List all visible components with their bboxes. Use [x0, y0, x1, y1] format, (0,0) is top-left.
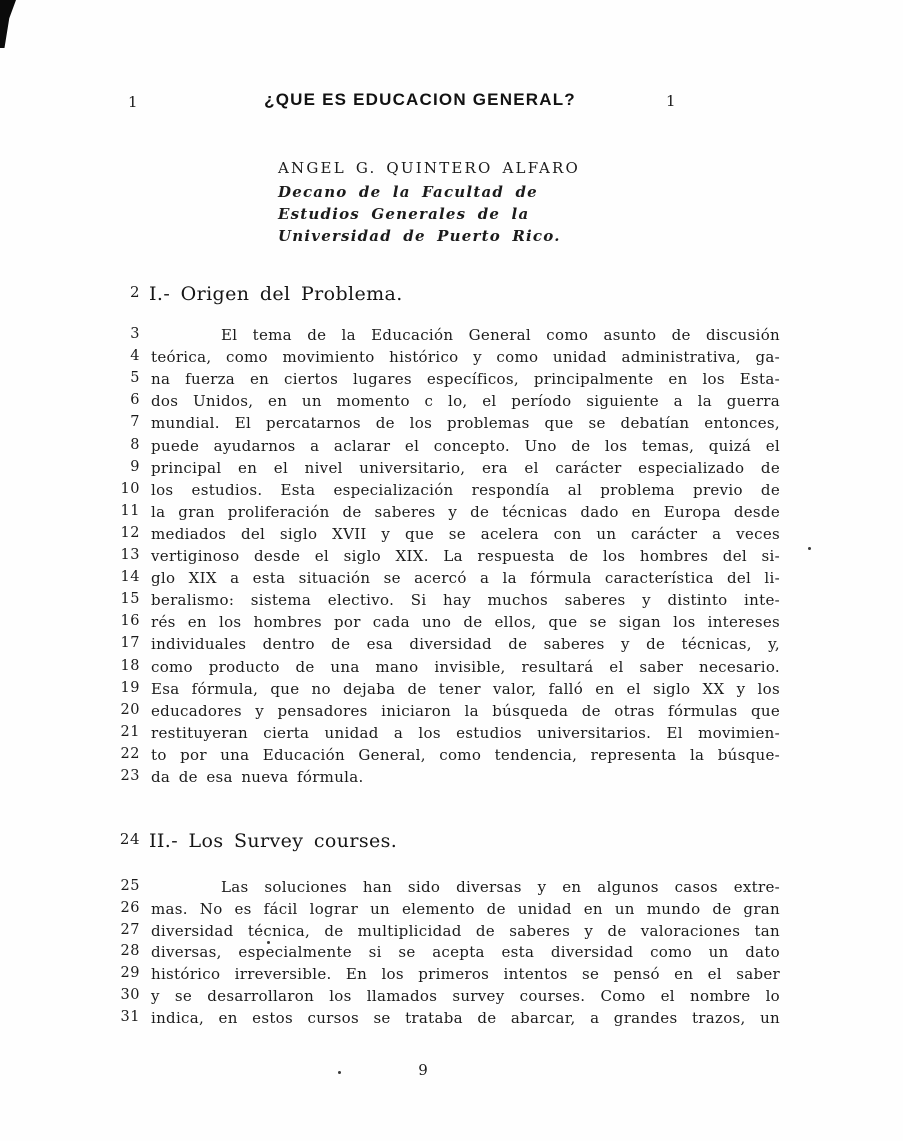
line-number: 15 — [108, 591, 140, 613]
line-number: 6 — [108, 392, 140, 414]
footer-page-number: 9 — [408, 1061, 438, 1079]
text-line: 22to por una Educación General, como ten… — [108, 746, 780, 768]
text-line: 20educadores y pensadores iniciaron la b… — [108, 702, 780, 724]
line-text: restituyeran cierta unidad a los estudio… — [151, 724, 780, 746]
line-text: Esa fórmula, que no dejaba de tener valo… — [151, 680, 780, 702]
scan-speck — [338, 1071, 341, 1074]
text-line: 19Esa fórmula, que no dejaba de tener va… — [108, 680, 780, 702]
line-number: 24 — [108, 830, 140, 856]
line-text: to por una Educación General, como tende… — [151, 746, 780, 768]
line-number: 4 — [108, 348, 140, 370]
line-number: 26 — [108, 900, 140, 922]
line-number: 21 — [108, 724, 140, 746]
text-line: 4teórica, como movimiento histórico y co… — [108, 348, 780, 370]
line-number: 23 — [108, 768, 140, 790]
line-number: 22 — [108, 746, 140, 768]
line-number: 19 — [108, 680, 140, 702]
text-line: 12mediados del siglo XVII y que se acele… — [108, 525, 780, 547]
line-number: 29 — [108, 965, 140, 987]
line-text: diversidad técnica, de multiplicidad de … — [151, 922, 780, 944]
section-heading-row-1: 2 I.- Origen del Problema. — [108, 283, 780, 309]
line-number: 9 — [108, 459, 140, 481]
author-role-block: Decano de la Facultad deEstudios General… — [278, 181, 561, 247]
line-text: los estudios. Esta especialización respo… — [151, 481, 780, 503]
line-text: indica, en estos cursos se trataba de ab… — [151, 1009, 780, 1031]
header-right-number: 1 — [666, 92, 676, 110]
line-text: educadores y pensadores iniciaron la bús… — [151, 702, 780, 724]
line-text: rés en los hombres por cada uno de ellos… — [151, 613, 780, 635]
text-line: 11la gran proliferación de saberes y de … — [108, 503, 780, 525]
text-line: 23da de esa nueva fórmula. — [108, 768, 780, 790]
line-text: glo XIX a esta situación se acercó a la … — [151, 569, 780, 591]
line-number: 11 — [108, 503, 140, 525]
author-name: ANGEL G. QUINTERO ALFARO — [278, 159, 580, 177]
author-role-line: Estudios Generales de la — [278, 203, 561, 225]
text-line: 28diversas, especialmente si se acepta e… — [108, 943, 780, 965]
text-line: 27diversidad técnica, de multiplicidad d… — [108, 922, 780, 944]
line-number: 30 — [108, 987, 140, 1009]
line-number: 13 — [108, 547, 140, 569]
line-number: 18 — [108, 658, 140, 680]
line-text: individuales dentro de esa diversidad de… — [151, 635, 780, 657]
scan-corner-artifact — [0, 0, 16, 48]
line-text: na fuerza en ciertos lugares específicos… — [151, 370, 780, 392]
text-line: 7mundial. El percatarnos de los problema… — [108, 414, 780, 436]
line-number: 7 — [108, 414, 140, 436]
text-line: 29histórico irreversible. En los primero… — [108, 965, 780, 987]
text-line: 16rés en los hombres por cada uno de ell… — [108, 613, 780, 635]
text-line: 14glo XIX a esta situación se acercó a l… — [108, 569, 780, 591]
text-line: 17individuales dentro de esa diversidad … — [108, 635, 780, 657]
page-title: ¿QUE ES EDUCACION GENERAL? — [262, 90, 578, 110]
line-number: 27 — [108, 922, 140, 944]
text-line: 18como producto de una mano invisible, r… — [108, 658, 780, 680]
text-line: 15beralismo: sistema electivo. Si hay mu… — [108, 591, 780, 613]
text-line: 30y se desarrollaron los llamados survey… — [108, 987, 780, 1009]
text-line: 10los estudios. Esta especialización res… — [108, 481, 780, 503]
line-text: principal en el nivel universitario, era… — [151, 459, 780, 481]
line-text: y se desarrollaron los llamados survey c… — [151, 987, 780, 1009]
line-text: la gran proliferación de saberes y de té… — [151, 503, 780, 525]
text-line: 3El tema de la Educación General como as… — [108, 326, 780, 348]
line-number: 2 — [108, 283, 140, 309]
text-line: 5na fuerza en ciertos lugares específico… — [108, 370, 780, 392]
text-line: 9principal en el nivel universitario, er… — [108, 459, 780, 481]
line-text: mediados del siglo XVII y que se acelera… — [151, 525, 780, 547]
line-number: 16 — [108, 613, 140, 635]
scanned-document-page: 1 ¿QUE ES EDUCACION GENERAL? 1 ANGEL G. … — [0, 0, 903, 1141]
line-text: beralismo: sistema electivo. Si hay much… — [151, 591, 780, 613]
line-text: El tema de la Educación General como asu… — [151, 326, 780, 348]
section-heading-1: I.- Origen del Problema. — [149, 283, 780, 309]
author-role-line: Universidad de Puerto Rico. — [278, 225, 561, 247]
text-line: 13vertiginoso desde el siglo XIX. La res… — [108, 547, 780, 569]
scan-speck — [808, 547, 811, 550]
text-line: 26mas. No es fácil lograr un elemento de… — [108, 900, 780, 922]
line-text: Las soluciones han sido diversas y en al… — [151, 878, 780, 900]
line-text: dos Unidos, en un momento c lo, el perío… — [151, 392, 780, 414]
text-line: 6dos Unidos, en un momento c lo, el perí… — [108, 392, 780, 414]
line-number: 5 — [108, 370, 140, 392]
line-number: 12 — [108, 525, 140, 547]
line-number: 28 — [108, 943, 140, 965]
line-number: 20 — [108, 702, 140, 724]
line-text: mas. No es fácil lograr un elemento de u… — [151, 900, 780, 922]
line-number: 10 — [108, 481, 140, 503]
text-line: 25Las soluciones han sido diversas y en … — [108, 878, 780, 900]
line-number: 31 — [108, 1009, 140, 1031]
line-number: 17 — [108, 635, 140, 657]
author-role-line: Decano de la Facultad de — [278, 181, 561, 203]
line-text: como producto de una mano invisible, res… — [151, 658, 780, 680]
header-left-number: 1 — [128, 93, 138, 111]
line-text: histórico irreversible. En los primeros … — [151, 965, 780, 987]
section-heading-row-2: 24 II.- Los Survey courses. — [108, 830, 780, 856]
line-text: diversas, especialmente si se acepta est… — [151, 943, 780, 965]
line-text: mundial. El percatarnos de los problemas… — [151, 414, 780, 436]
line-number: 8 — [108, 437, 140, 459]
line-number: 25 — [108, 878, 140, 900]
text-line: 31indica, en estos cursos se trataba de … — [108, 1009, 780, 1031]
line-text: puede ayudarnos a aclarar el concepto. U… — [151, 437, 780, 459]
section-heading-2: II.- Los Survey courses. — [149, 830, 780, 856]
line-number: 3 — [108, 326, 140, 348]
line-text: teórica, como movimiento histórico y com… — [151, 348, 780, 370]
text-line: 21restituyeran cierta unidad a los estud… — [108, 724, 780, 746]
line-number: 14 — [108, 569, 140, 591]
line-text: vertiginoso desde el siglo XIX. La respu… — [151, 547, 780, 569]
text-line: 8puede ayudarnos a aclarar el concepto. … — [108, 437, 780, 459]
line-text: da de esa nueva fórmula. — [151, 768, 780, 790]
